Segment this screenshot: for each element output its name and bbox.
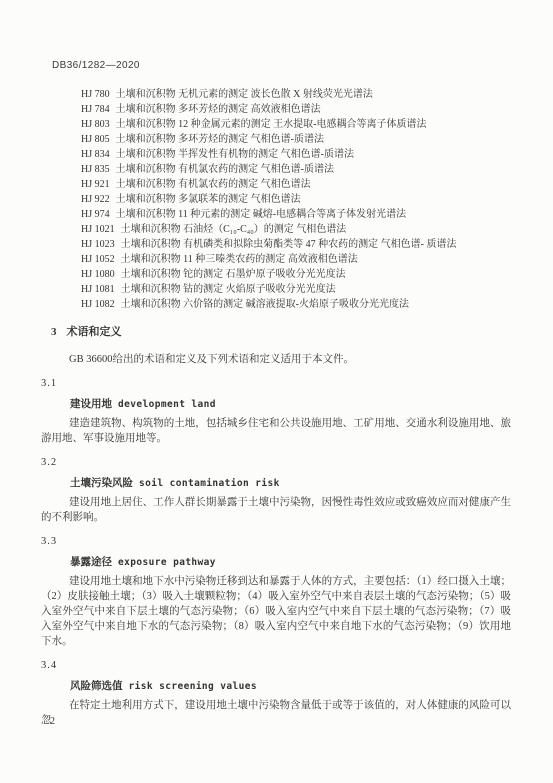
term-number: 3.4 bbox=[41, 658, 511, 673]
standard-code: HJ 1081 bbox=[81, 282, 115, 297]
standard-code: HJ 780 bbox=[81, 87, 110, 102]
term-heading: 建设用地development land bbox=[70, 397, 511, 412]
standard-list-item: HJ 835土壤和沉积物 有机氯农药的测定 气相色谱-质谱法 bbox=[81, 162, 511, 177]
standard-code: HJ 835 bbox=[81, 162, 110, 177]
standard-list-item: HJ 921土壤和沉积物 有机氯农药的测定 气相色谱法 bbox=[81, 177, 511, 192]
standard-list-item: HJ 803土壤和沉积物 12 种金属元素的测定 王水提取-电感耦合等离子体质谱… bbox=[81, 117, 511, 132]
standard-list-item: HJ 1023土壤和沉积物 有机磷类和拟除虫菊酯类等 47 种农药的测定 气相色… bbox=[81, 237, 511, 252]
standard-title: 土壤和沉积物 无机元素的测定 波长色散 X 射线荧光光谱法 bbox=[116, 89, 373, 100]
term-heading: 暴露途径exposure pathway bbox=[70, 555, 511, 570]
standard-title: 土壤和沉积物 有机磷类和拟除虫菊酯类等 47 种农药的测定 气相色谱- 质谱法 bbox=[121, 239, 457, 250]
standard-code: HJ 974 bbox=[81, 207, 110, 222]
page-number: 2 bbox=[50, 716, 55, 727]
standard-code: HJ 1052 bbox=[81, 252, 115, 267]
term-number: 3.3 bbox=[41, 534, 511, 549]
standard-list-item: HJ 1052土壤和沉积物 11 种三嗪类农药的测定 高效液相色谱法 bbox=[81, 252, 511, 267]
term-definition: 在特定土地利用方式下，建设用地土壤中污染物含量低于或等于该值的，对人体健康的风险… bbox=[41, 698, 511, 728]
standard-title: 土壤和沉积物 12 种金属元素的测定 王水提取-电感耦合等离子体质谱法 bbox=[116, 119, 427, 130]
term-number: 3.1 bbox=[41, 376, 511, 391]
standard-code: HJ 1023 bbox=[81, 237, 115, 252]
section-number: 3 bbox=[51, 326, 57, 338]
term-name-zh: 土壤污染风险 bbox=[70, 478, 133, 489]
document-code-header: DB36/1282—2020 bbox=[52, 60, 511, 71]
standard-title: 土壤和沉积物 铊的测定 石墨炉原子吸收分光光度法 bbox=[121, 269, 346, 280]
referenced-standards-list: HJ 780土壤和沉积物 无机元素的测定 波长色散 X 射线荧光光谱法 HJ 7… bbox=[81, 87, 511, 312]
term-heading: 风险筛选值risk screening values bbox=[70, 679, 511, 694]
term-name-zh: 建设用地 bbox=[70, 399, 112, 410]
standard-title: 土壤和沉积物 11 种元素的测定 碱熔-电感耦合等离子体发射光谱法 bbox=[116, 209, 406, 220]
standard-title: 土壤和沉积物 多环芳烃的测定 气相色谱-质谱法 bbox=[116, 134, 324, 145]
term-name-en: risk screening values bbox=[129, 681, 258, 692]
standard-title: 土壤和沉积物 多氯联苯的测定 气相色谱法 bbox=[116, 194, 301, 205]
standard-list-item: HJ 1081土壤和沉积物 钴的测定 火焰原子吸收分光光度法 bbox=[81, 282, 511, 297]
standard-list-item: HJ 784土壤和沉积物 多环芳烃的测定 高效液相色谱法 bbox=[81, 102, 511, 117]
term-name-zh: 暴露途径 bbox=[70, 557, 112, 568]
section-heading-terms-and-definitions: 3术语和定义 bbox=[51, 325, 511, 340]
standard-title: 土壤和沉积物 石油烃（C₁₀-C₄₀）的测定 气相色谱法 bbox=[121, 224, 347, 235]
standard-list-item: HJ 834土壤和沉积物 半挥发性有机物的测定 气相色谱-质谱法 bbox=[81, 147, 511, 162]
standard-code: HJ 921 bbox=[81, 177, 110, 192]
standard-title: 土壤和沉积物 钴的测定 火焰原子吸收分光光度法 bbox=[121, 284, 336, 295]
standard-title: 土壤和沉积物 半挥发性有机物的测定 气相色谱-质谱法 bbox=[116, 149, 354, 160]
standard-list-item: HJ 805土壤和沉积物 多环芳烃的测定 气相色谱-质谱法 bbox=[81, 132, 511, 147]
section-intro-paragraph: GB 36600给出的术语和定义及下列术语和定义适用于本文件。 bbox=[41, 352, 511, 367]
standard-code: HJ 784 bbox=[81, 102, 110, 117]
standard-code: HJ 1021 bbox=[81, 222, 115, 237]
term-number: 3.2 bbox=[41, 455, 511, 470]
standard-code: HJ 1082 bbox=[81, 297, 115, 312]
standard-code: HJ 834 bbox=[81, 147, 110, 162]
standard-list-item: HJ 974土壤和沉积物 11 种元素的测定 碱熔-电感耦合等离子体发射光谱法 bbox=[81, 207, 511, 222]
term-name-en: development land bbox=[118, 399, 216, 410]
standard-title: 土壤和沉积物 11 种三嗪类农药的测定 高效液相色谱法 bbox=[121, 254, 358, 265]
standard-code: HJ 803 bbox=[81, 117, 110, 132]
section-title: 术语和定义 bbox=[67, 326, 122, 338]
standard-list-item: HJ 1080土壤和沉积物 铊的测定 石墨炉原子吸收分光光度法 bbox=[81, 267, 511, 282]
standard-title: 土壤和沉积物 六价铬的测定 碱溶液提取-火焰原子吸收分光光度法 bbox=[121, 299, 409, 310]
standard-title: 土壤和沉积物 有机氯农药的测定 气相色谱-质谱法 bbox=[116, 164, 334, 175]
term-definition: 建设用地土壤和地下水中污染物迁移到达和暴露于人体的方式，主要包括：（1）经口摄入… bbox=[41, 574, 511, 649]
standard-list-item: HJ 1082土壤和沉积物 六价铬的测定 碱溶液提取-火焰原子吸收分光光度法 bbox=[81, 297, 511, 312]
term-name-zh: 风险筛选值 bbox=[70, 681, 123, 692]
standard-code: HJ 1080 bbox=[81, 267, 115, 282]
standard-code: HJ 922 bbox=[81, 192, 110, 207]
standard-code: HJ 805 bbox=[81, 132, 110, 147]
standard-title: 土壤和沉积物 有机氯农药的测定 气相色谱法 bbox=[116, 179, 311, 190]
term-heading: 土壤污染风险soil contamination risk bbox=[70, 476, 511, 491]
term-name-en: exposure pathway bbox=[118, 557, 216, 568]
standard-list-item: HJ 780土壤和沉积物 无机元素的测定 波长色散 X 射线荧光光谱法 bbox=[81, 87, 511, 102]
standard-list-item: HJ 1021土壤和沉积物 石油烃（C₁₀-C₄₀）的测定 气相色谱法 bbox=[81, 222, 511, 237]
standard-list-item: HJ 922土壤和沉积物 多氯联苯的测定 气相色谱法 bbox=[81, 192, 511, 207]
term-definition: 建造建筑物、构筑物的土地，包括城乡住宅和公共设施用地、工矿用地、交通水利设施用地… bbox=[41, 416, 511, 446]
standard-title: 土壤和沉积物 多环芳烃的测定 高效液相色谱法 bbox=[116, 104, 321, 115]
term-name-en: soil contamination risk bbox=[139, 478, 280, 489]
document-page: DB36/1282—2020 HJ 780土壤和沉积物 无机元素的测定 波长色散… bbox=[0, 0, 553, 783]
term-definition: 建设用地上居住、工作人群长期暴露于土壤中污染物，因慢性毒性效应或致癌效应而对健康… bbox=[41, 495, 511, 525]
